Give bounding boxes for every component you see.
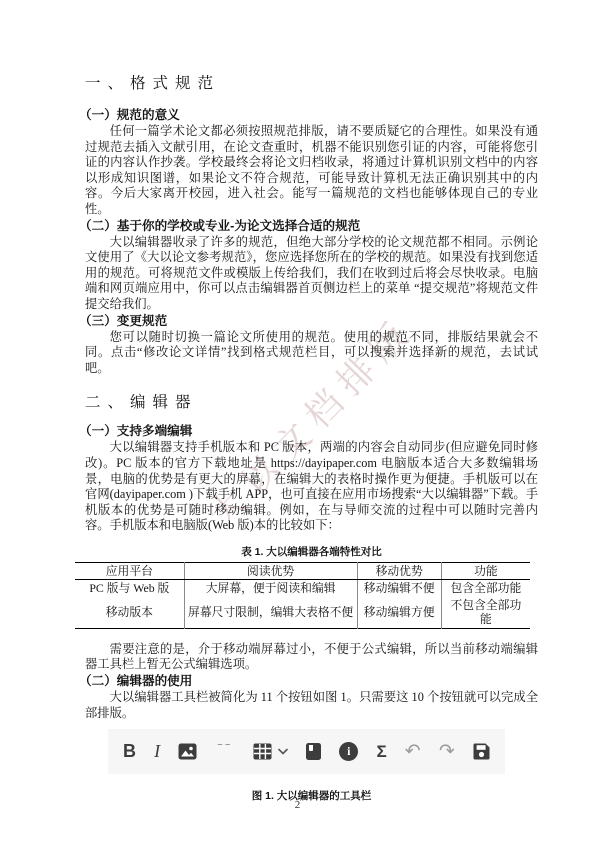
paragraph-multi-device-editing: 大以编辑器支持手机版本和 PC 版本，两端的内容会自动同步(但应避免同时修改)。… bbox=[85, 440, 538, 534]
editor-toolbar-figure: B I “ bbox=[108, 729, 505, 774]
sub-heading-editor-usage: （二）编辑器的使用 bbox=[79, 673, 538, 690]
table-cell: 移动编辑方便 bbox=[357, 597, 441, 629]
table-cell: 不包含全部功能 bbox=[441, 597, 530, 629]
blockquote-icon: “ bbox=[215, 740, 235, 764]
sub-heading-multi-device-editing: （一）支持多端编辑 bbox=[79, 423, 538, 440]
save-icon bbox=[473, 740, 490, 764]
table-header-row: 应用平台 阅读优势 移动优势 功能 bbox=[75, 562, 530, 580]
reference-book-icon bbox=[306, 740, 321, 764]
table-icon bbox=[253, 740, 288, 764]
sub-heading-meaning-of-standards: （一）规范的意义 bbox=[79, 107, 538, 124]
page-number: 2 bbox=[0, 799, 595, 811]
table-row: 移动版本 屏幕尺寸限制，编辑大表格不便 移动编辑方便 不包含全部功能 bbox=[75, 597, 530, 629]
table-cell: 移动编辑不便 bbox=[357, 580, 441, 597]
table-header-platform: 应用平台 bbox=[75, 562, 184, 580]
sub-heading-choose-standard: （二）基于你的学校或专业-为论文选择合适的规范 bbox=[79, 218, 538, 235]
paragraph-choose-standard: 大以编辑器收录了许多的规范，但绝大部分学校的论文规范都不相同。示例论文使用了《大… bbox=[85, 235, 538, 313]
paragraph-formula-note: 需要注意的是，介于移动端屏幕过小，不便于公式编辑，所以当前移动端编辑器工具栏上暂… bbox=[85, 642, 538, 673]
bold-icon: B bbox=[123, 740, 136, 764]
table-caption: 表 1. 大以编辑器各端特性对比 bbox=[85, 545, 538, 559]
document-page: 大以文档排版 一、格式规范 （一）规范的意义 任何一篇学术论文都必须按照规范排版… bbox=[0, 0, 595, 842]
paragraph-editor-usage: 大以编辑器工具栏被简化为 11 个按钮如图 1。只需要这 10 个按钮就可以完成… bbox=[85, 690, 538, 721]
page-content: 一、格式规范 （一）规范的意义 任何一篇学术论文都必须按照规范排版，请不要质疑它… bbox=[85, 74, 538, 803]
section-title-editor: 二、编辑器 bbox=[85, 393, 538, 413]
paragraph-change-standard: 您可以随时切换一篇论文所使用的规范。使用的规范不同，排版结果就会不同。点击“修改… bbox=[85, 330, 538, 377]
formula-sigma-icon: Σ bbox=[376, 740, 386, 764]
table-cell: 包含全部功能 bbox=[441, 580, 530, 597]
chevron-down-icon bbox=[278, 748, 288, 755]
italic-icon: I bbox=[154, 740, 160, 764]
table-cell: 移动版本 bbox=[75, 597, 184, 629]
table-row: PC 版与 Web 版 大屏幕，便于阅读和编辑 移动编辑不便 包含全部功能 bbox=[75, 580, 530, 597]
table-cell: 大屏幕，便于阅读和编辑 bbox=[184, 580, 357, 597]
sub-heading-change-standard: （三）变更规范 bbox=[79, 313, 538, 330]
table-header-mobility-advantage: 移动优势 bbox=[357, 562, 441, 580]
table-cell: PC 版与 Web 版 bbox=[75, 580, 184, 597]
paragraph-meaning-of-standards: 任何一篇学术论文都必须按照规范排版，请不要质疑它的合理性。如果没有通过规范去插入… bbox=[85, 124, 538, 218]
redo-icon: ↷ bbox=[439, 740, 455, 764]
table-header-reading-advantage: 阅读优势 bbox=[184, 562, 357, 580]
undo-icon: ↶ bbox=[405, 740, 421, 764]
table-header-features: 功能 bbox=[441, 562, 530, 580]
table-cell: 屏幕尺寸限制，编辑大表格不便 bbox=[184, 597, 357, 629]
comparison-table: 应用平台 阅读优势 移动优势 功能 PC 版与 Web 版 大屏幕，便于阅读和编… bbox=[75, 562, 530, 629]
info-icon: i bbox=[339, 740, 358, 764]
image-icon bbox=[178, 740, 197, 764]
section-title-format-standards: 一、格式规范 bbox=[85, 74, 538, 94]
